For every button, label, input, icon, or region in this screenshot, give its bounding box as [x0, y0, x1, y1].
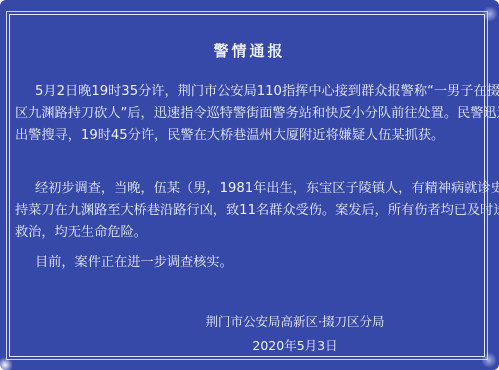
paragraph-status: 目前，案件正在进一步调查核实。: [15, 252, 487, 274]
notice-title: 警情通报: [0, 40, 499, 61]
paragraph-line: 5月2日晚19时35分许，荆门市公安局110指挥中心接到群众报警称“一男子在掇刀: [15, 81, 487, 103]
paragraph-investigation: 经初步调查，当晚，伍某（男，1981年出生，东宝区子陵镇人，有精神病就诊史） 持…: [15, 178, 487, 244]
paragraph-incident: 5月2日晚19时35分许，荆门市公安局110指挥中心接到群众报警称“一男子在掇刀…: [15, 81, 487, 147]
paragraph-line: 持菜刀在九渊路至大桥巷沿路行凶，致11名群众受伤。案发后，所有伤者均已及时送医: [15, 200, 487, 222]
police-notice-card: 警情通报 5月2日晚19时35分许，荆门市公安局110指挥中心接到群众报警称“一…: [0, 0, 499, 370]
paragraph-line: 经初步调查，当晚，伍某（男，1981年出生，东宝区子陵镇人，有精神病就诊史）: [15, 178, 487, 200]
paragraph-line: 救治，均无生命危险。: [15, 222, 487, 244]
corner-ornament-icon: [482, 6, 498, 22]
paragraph-line: 出警搜寻，19时45分许，民警在大桥巷温州大厦附近将嫌疑人伍某抓获。: [15, 125, 487, 147]
corner-ornament-icon: [481, 352, 497, 368]
corner-ornament-icon: [0, 357, 13, 370]
paragraph-line: 区九渊路持刀砍人”后，迅速指令巡特警街面警务站和快反小分队前往处置。民警迅速: [15, 103, 487, 125]
signature-organization: 荆门市公安局高新区·掇刀区分局: [100, 312, 490, 330]
paragraph-line: 目前，案件正在进一步调查核实。: [15, 252, 487, 274]
signature-date: 2020年5月3日: [100, 336, 490, 354]
